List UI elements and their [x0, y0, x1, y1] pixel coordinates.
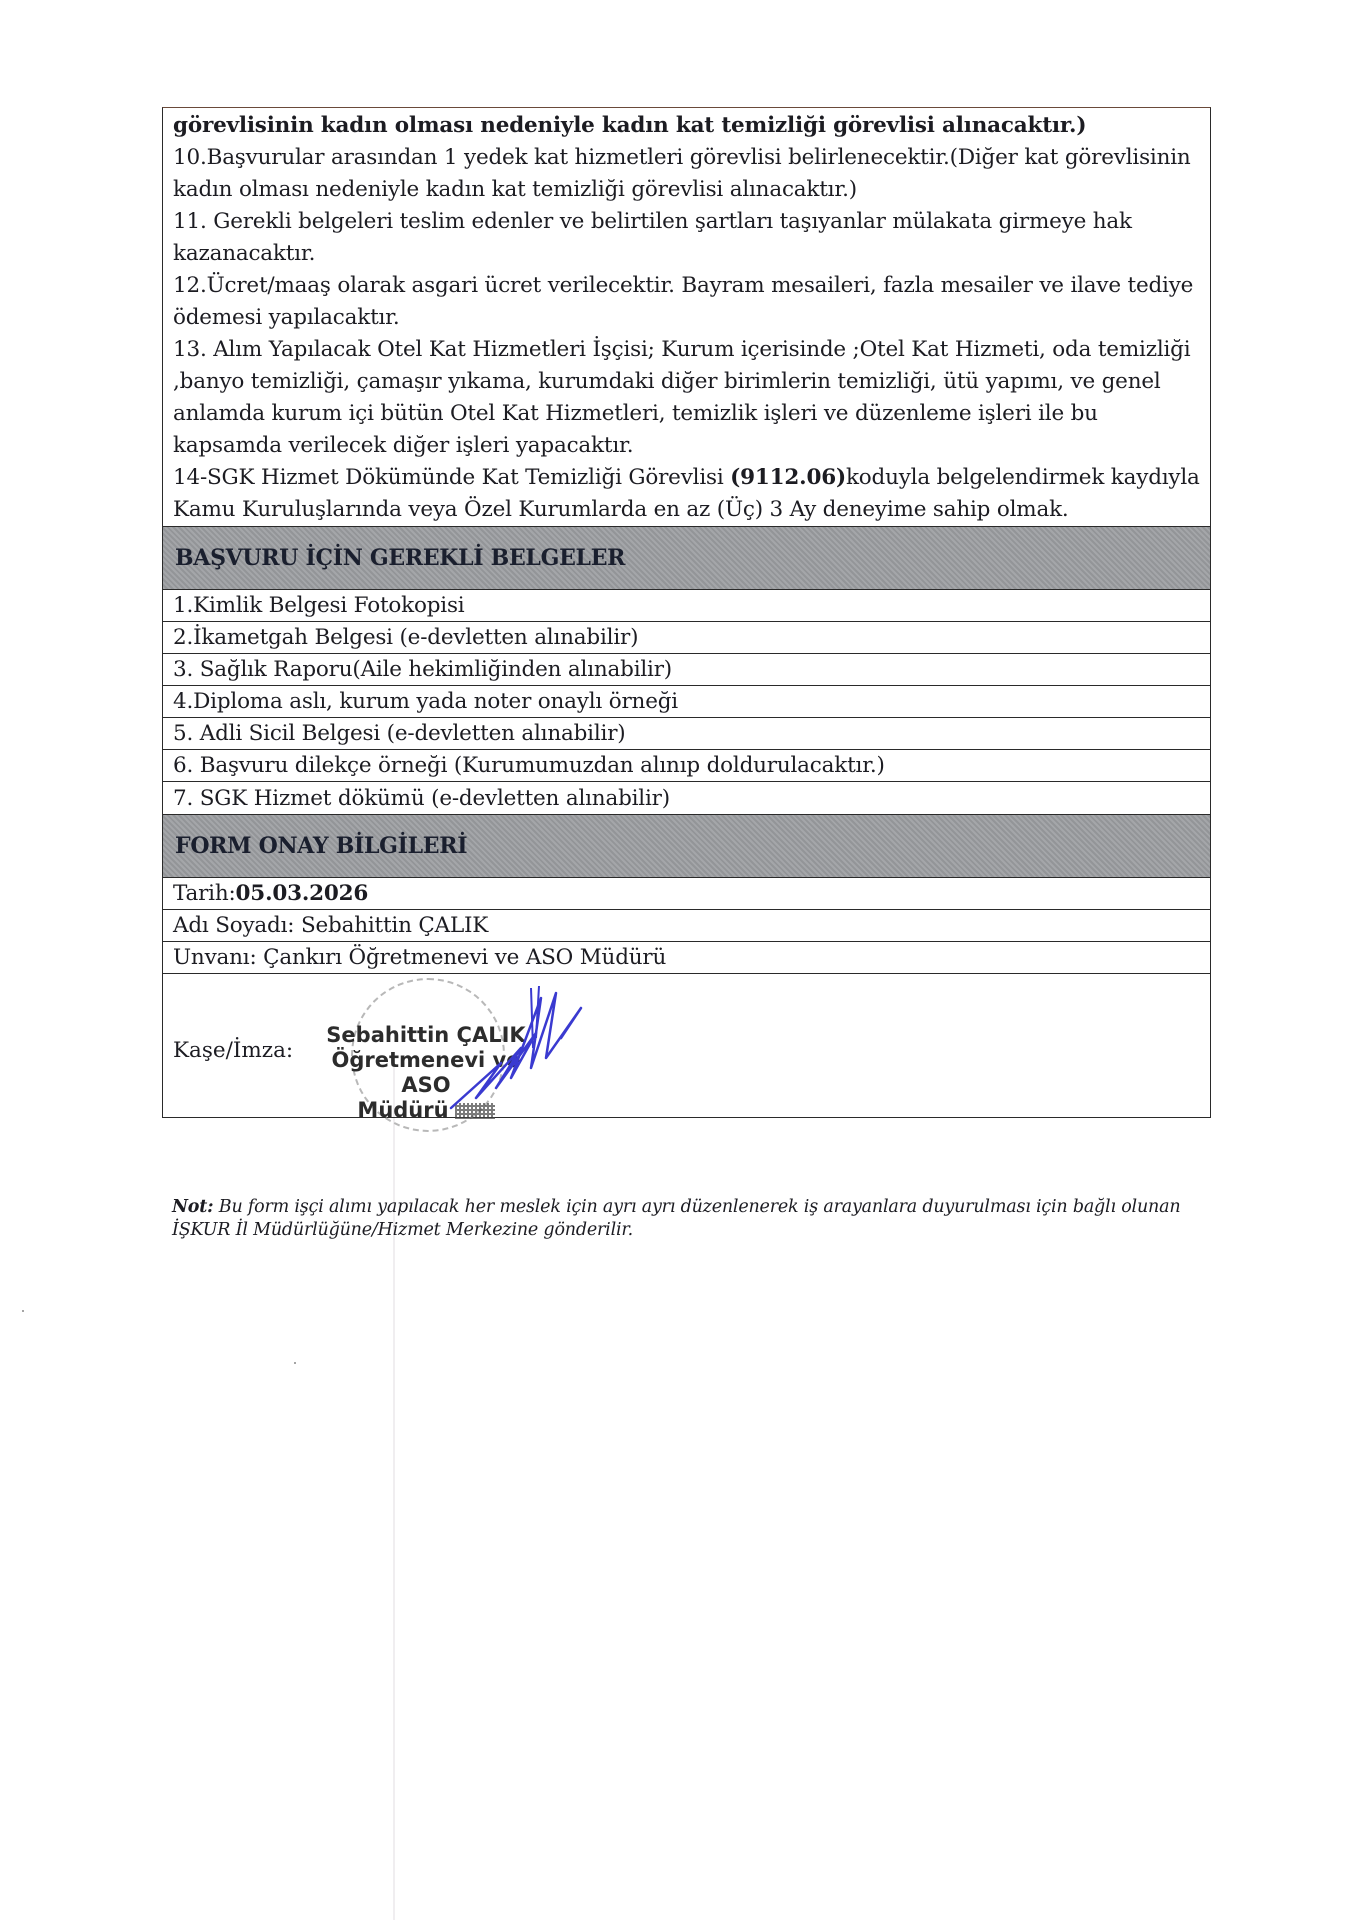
- note-text: Bu form işçi alımı yapılacak her meslek …: [172, 1197, 1180, 1240]
- condition-item-11: 11. Gerekli belgeleri teslim edenler ve …: [173, 206, 1202, 270]
- condition-item-13: 13. Alım Yapılacak Otel Kat Hizmetleri İ…: [173, 334, 1202, 462]
- date-row: Tarih:05.03.2026: [163, 878, 1210, 910]
- doc-row: 3. Sağlık Raporu(Aile hekimliğinden alın…: [163, 654, 1210, 686]
- condition-14-prefix: 14-SGK Hizmet Dökümünde Kat Temizliği Gö…: [173, 465, 730, 490]
- conditions-section: görevlisinin kadın olması nedeniyle kadı…: [163, 108, 1210, 526]
- title-value: Çankırı Öğretmenevi ve ASO Müdürü: [263, 945, 666, 970]
- doc-row: 1.Kimlik Belgesi Fotokopisi: [163, 590, 1210, 622]
- required-docs-list: 1.Kimlik Belgesi Fotokopisi 2.İkametgah …: [163, 590, 1210, 814]
- doc-row: 2.İkametgah Belgesi (e-devletten alınabi…: [163, 622, 1210, 654]
- condition-item-12: 12.Ücret/maaş olarak asgari ücret verile…: [173, 270, 1202, 334]
- note-label: Not:: [172, 1197, 213, 1217]
- condition-item-10: 10.Başvurular arasından 1 yedek kat hizm…: [173, 142, 1202, 206]
- signature-icon: [441, 978, 601, 1118]
- name-label: Adı Soyadı:: [173, 913, 294, 938]
- scan-speck: [22, 1310, 24, 1312]
- doc-row: 7. SGK Hizmet dökümü (e-devletten alınab…: [163, 782, 1210, 814]
- date-label: Tarih:: [173, 881, 236, 906]
- job-posting-form: görevlisinin kadın olması nedeniyle kadı…: [162, 107, 1211, 1118]
- footnote: Not: Bu form işçi alımı yapılacak her me…: [172, 1196, 1232, 1242]
- name-value: Sebahittin ÇALIK: [301, 913, 488, 938]
- doc-row: 6. Başvuru dilekçe örneği (Kurumumuzdan …: [163, 750, 1210, 782]
- approval-header: FORM ONAY BİLGİLERİ: [163, 814, 1210, 878]
- continued-heading: görevlisinin kadın olması nedeniyle kadı…: [173, 110, 1202, 142]
- scan-speck: [294, 1362, 296, 1364]
- official-stamp: Sebahittin ÇALIK Öğretmenevi ve ASO Müdü…: [311, 978, 541, 1118]
- title-row: Unvanı: Çankırı Öğretmenevi ve ASO Müdür…: [163, 942, 1210, 974]
- required-docs-header: BAŞVURU İÇİN GEREKLİ BELGELER: [163, 526, 1210, 590]
- name-row: Adı Soyadı: Sebahittin ÇALIK: [163, 910, 1210, 942]
- approval-section: Tarih:05.03.2026 Adı Soyadı: Sebahittin …: [163, 878, 1210, 1117]
- doc-row: 5. Adli Sicil Belgesi (e-devletten alına…: [163, 718, 1210, 750]
- title-label: Unvanı:: [173, 945, 257, 970]
- stamp-signature-row: Kaşe/İmza: Sebahittin ÇALIK Öğretmenevi …: [163, 974, 1210, 1117]
- stamp-label: Kaşe/İmza:: [173, 1038, 293, 1063]
- scan-artifact-line: [393, 1060, 395, 1920]
- condition-item-14: 14-SGK Hizmet Dökümünde Kat Temizliği Gö…: [173, 462, 1202, 526]
- date-value: 05.03.2026: [236, 881, 369, 906]
- occupation-code: (9112.06): [730, 465, 846, 490]
- doc-row: 4.Diploma aslı, kurum yada noter onaylı …: [163, 686, 1210, 718]
